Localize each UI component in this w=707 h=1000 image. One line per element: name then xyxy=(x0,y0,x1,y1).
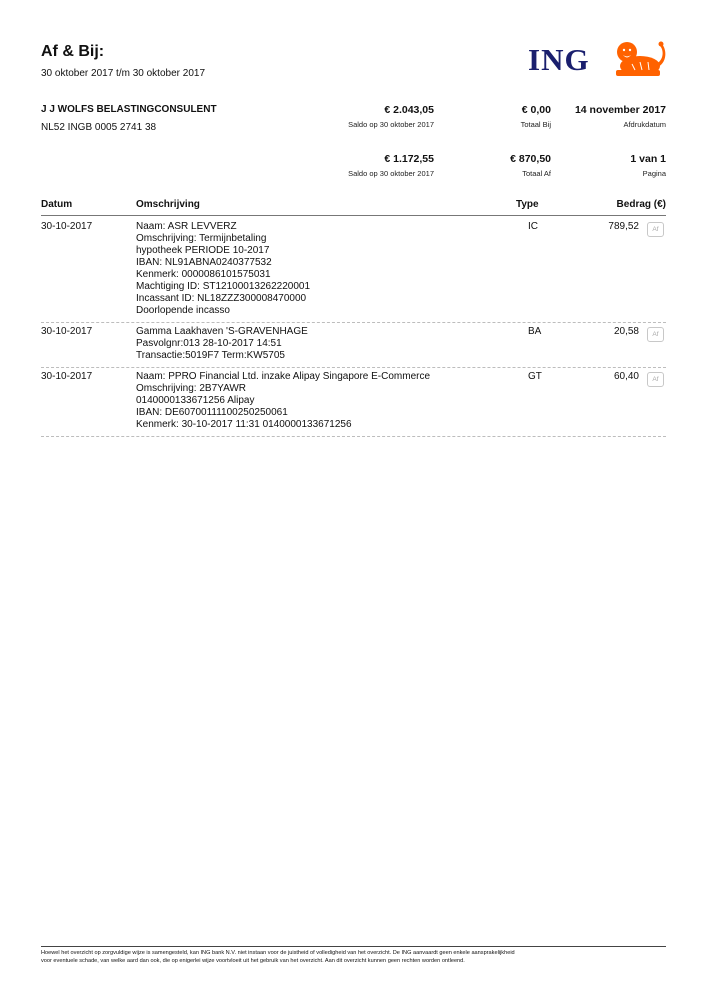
pagina-label: Pagina xyxy=(630,169,666,178)
description-line: Doorlopende incasso xyxy=(136,305,666,317)
direction-badge: Af xyxy=(647,327,664,342)
transaction-date: 30-10-2017 xyxy=(41,371,92,383)
description-line: Omschrijving: 2B7YAWR xyxy=(136,383,666,395)
pagina: 1 van 1 Pagina xyxy=(630,153,666,178)
description-line: Naam: PPRO Financial Ltd. inzake Alipay … xyxy=(136,371,666,383)
transaction-amount: 60,40 xyxy=(614,371,639,383)
description-line: 0140000133671256 Alipay xyxy=(136,395,666,407)
description-line: Machtiging ID: ST12100013262220001 xyxy=(136,281,666,293)
column-header-type: Type xyxy=(516,199,539,210)
transaction-date: 30-10-2017 xyxy=(41,326,92,338)
transaction-date: 30-10-2017 xyxy=(41,221,92,233)
totaal-bij-value: € 0,00 xyxy=(521,104,551,116)
saldo-end-label: Saldo op 30 oktober 2017 xyxy=(348,169,434,178)
disclaimer-line-1: Hoewel het overzicht op zorgvuldige wijz… xyxy=(41,949,666,957)
description-line: IBAN: NL91ABNA0240377532 xyxy=(136,257,666,269)
account-iban: NL52 INGB 0005 2741 38 xyxy=(41,122,156,133)
description-line: Incassant ID: NL18ZZZ300008470000 xyxy=(136,293,666,305)
lion-icon xyxy=(610,40,666,78)
transaction-type: IC xyxy=(528,221,538,233)
totaal-af-label: Totaal Af xyxy=(510,169,551,178)
saldo-start: € 2.043,05 Saldo op 30 oktober 2017 xyxy=(348,104,434,129)
afdrukdatum: 14 november 2017 Afdrukdatum xyxy=(575,104,666,129)
totaal-af: € 870,50 Totaal Af xyxy=(510,153,551,178)
description-line: Kenmerk: 30-10-2017 11:31 01400001336712… xyxy=(136,419,666,431)
description-line: IBAN: DE60700111100250250061 xyxy=(136,407,666,419)
description-line: Gamma Laakhaven 'S-GRAVENHAGE xyxy=(136,326,666,338)
saldo-start-label: Saldo op 30 oktober 2017 xyxy=(348,120,434,129)
afdrukdatum-label: Afdrukdatum xyxy=(575,120,666,129)
description-line: Transactie:5019F7 Term:KW5705 xyxy=(136,350,666,362)
transactions-list: 30-10-2017Naam: ASR LEVVERZOmschrijving:… xyxy=(41,218,666,437)
description-line: hypotheek PERIODE 10-2017 xyxy=(136,245,666,257)
saldo-end: € 1.172,55 Saldo op 30 oktober 2017 xyxy=(348,153,434,178)
table-row: 30-10-2017Naam: ASR LEVVERZOmschrijving:… xyxy=(41,218,666,323)
footer-disclaimer: Hoewel het overzicht op zorgvuldige wijz… xyxy=(41,946,666,965)
column-header-amount: Bedrag (€) xyxy=(617,199,666,210)
totaal-bij-label: Totaal Bij xyxy=(521,120,551,129)
transaction-description: Naam: ASR LEVVERZOmschrijving: Termijnbe… xyxy=(136,221,666,317)
disclaimer-line-2: voor eventuele schade, van welke aard da… xyxy=(41,957,666,965)
table-row: 30-10-2017Gamma Laakhaven 'S-GRAVENHAGEP… xyxy=(41,323,666,368)
direction-badge: Af xyxy=(647,222,664,237)
transaction-type: GT xyxy=(528,371,542,383)
transaction-amount: 20,58 xyxy=(614,326,639,338)
saldo-end-value: € 1.172,55 xyxy=(348,153,434,165)
ing-logo: ING xyxy=(528,40,668,80)
totaal-af-value: € 870,50 xyxy=(510,153,551,165)
transaction-type: BA xyxy=(528,326,541,338)
table-row: 30-10-2017Naam: PPRO Financial Ltd. inza… xyxy=(41,368,666,437)
afdrukdatum-value: 14 november 2017 xyxy=(575,104,666,116)
table-header: Datum Omschrijving Type Bedrag (€) xyxy=(41,199,666,216)
transaction-description: Naam: PPRO Financial Ltd. inzake Alipay … xyxy=(136,371,666,431)
page-title: Af & Bij: xyxy=(41,43,104,61)
transaction-amount: 789,52 xyxy=(608,221,639,233)
column-header-date: Datum xyxy=(41,199,72,210)
ing-logo-text: ING xyxy=(528,42,590,78)
statement-period: 30 oktober 2017 t/m 30 oktober 2017 xyxy=(41,68,205,79)
description-line: Naam: ASR LEVVERZ xyxy=(136,221,666,233)
saldo-start-value: € 2.043,05 xyxy=(348,104,434,116)
description-line: Pasvolgnr:013 28-10-2017 14:51 xyxy=(136,338,666,350)
totaal-bij: € 0,00 Totaal Bij xyxy=(521,104,551,129)
description-line: Omschrijving: Termijnbetaling xyxy=(136,233,666,245)
pagina-value: 1 van 1 xyxy=(630,153,666,165)
column-header-description: Omschrijving xyxy=(136,199,200,210)
transaction-description: Gamma Laakhaven 'S-GRAVENHAGEPasvolgnr:0… xyxy=(136,326,666,362)
direction-badge: Af xyxy=(647,372,664,387)
description-line: Kenmerk: 0000086101575031 xyxy=(136,269,666,281)
account-holder: J J WOLFS BELASTINGCONSULENT xyxy=(41,104,217,115)
